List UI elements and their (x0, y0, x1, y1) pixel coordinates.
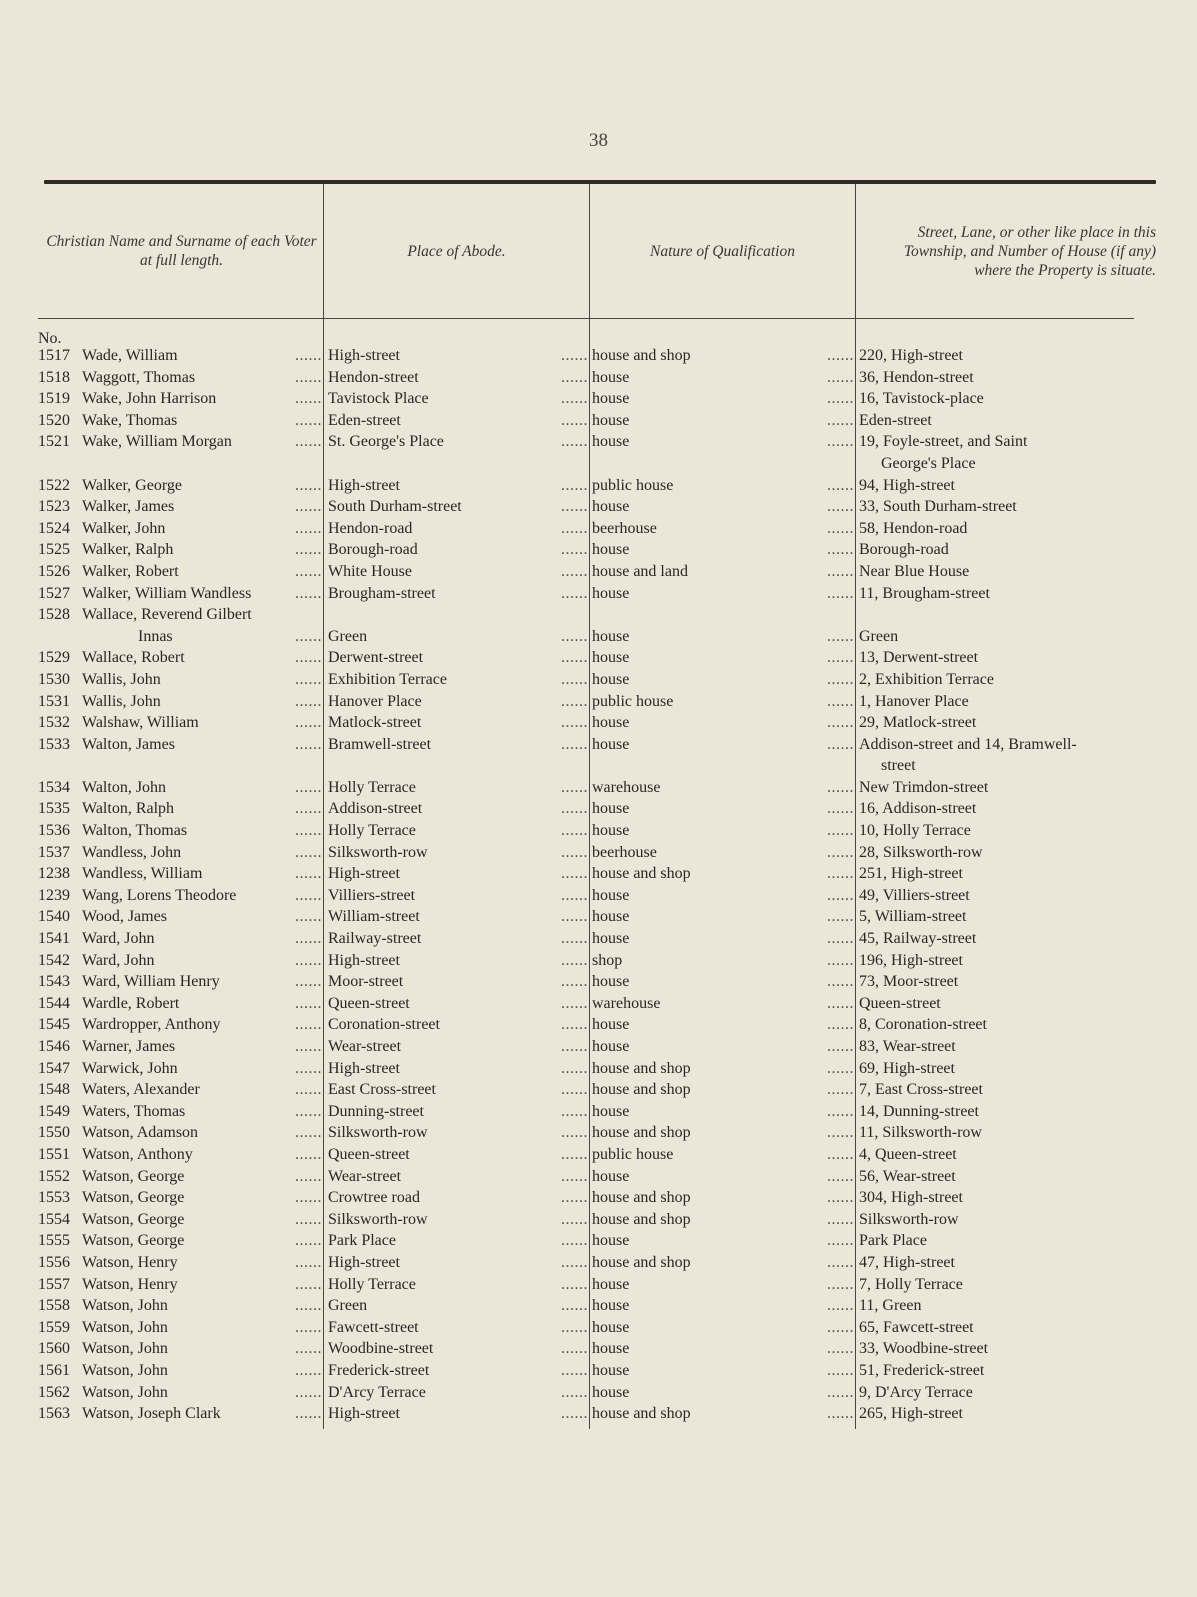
place-of-abode: Exhibition Terrace (328, 669, 447, 691)
place-of-abode: Silksworth-row (328, 842, 428, 864)
voter-number: 1529 (38, 647, 82, 669)
place-of-abode: Villiers-street (328, 885, 415, 907)
voter-name: Wallace, Reverend GilbertInnas (82, 604, 252, 647)
place-of-abode: Hendon-road (328, 518, 412, 540)
voter-name: Wandless, William (82, 863, 202, 885)
leader-dots: ...... (530, 1036, 588, 1058)
property-location: Green (859, 626, 1159, 648)
leader-dots: ...... (250, 1382, 322, 1404)
property-location-text: 8, Coronation-street (859, 1016, 987, 1033)
voter-number: 1523 (38, 496, 82, 518)
leader-dots: ...... (250, 928, 322, 950)
nature-of-qualification: house (592, 496, 629, 518)
property-location: 28, Silksworth-row (859, 842, 1159, 864)
nature-of-qualification: house and shop (592, 1252, 691, 1274)
nature-of-qualification: warehouse (592, 993, 660, 1015)
leader-dots: ...... (530, 1338, 588, 1360)
voter-number: 1522 (38, 475, 82, 497)
place-of-abode: Holly Terrace (328, 1274, 416, 1296)
voter-row: 1558Watson, John......Green......house..… (0, 1295, 1197, 1317)
voter-name: Ward, John (82, 928, 154, 950)
voter-number: 1545 (38, 1014, 82, 1036)
leader-dots: ...... (250, 1338, 322, 1360)
leader-dots: ...... (250, 1252, 322, 1274)
header-name: Christian Name and Surname of each Voter… (40, 184, 323, 318)
place-of-abode: Silksworth-row (328, 1209, 428, 1231)
voter-name: Walshaw, William (82, 712, 199, 734)
voter-row: 1518Waggott, Thomas......Hendon-street..… (0, 367, 1197, 389)
voter-name: Waters, Thomas (82, 1101, 185, 1123)
leader-dots: ...... (790, 345, 854, 367)
property-location-continued: street (859, 755, 1159, 777)
property-location-text: 36, Hendon-street (859, 369, 974, 386)
leader-dots: ...... (790, 971, 854, 993)
place-of-abode: William-street (328, 906, 420, 928)
leader-dots: ...... (250, 388, 322, 410)
voter-number: 1527 (38, 583, 82, 605)
nature-of-qualification: shop (592, 950, 622, 972)
nature-of-qualification: public house (592, 475, 673, 497)
place-of-abode: Derwent-street (328, 647, 423, 669)
leader-dots: ...... (790, 798, 854, 820)
voter-name-text: Wallis, John (82, 671, 161, 688)
property-location-text: 7, East Cross-street (859, 1081, 983, 1098)
voter-row: 1524Walker, John......Hendon-road......b… (0, 518, 1197, 540)
voter-name: Walker, James (82, 496, 174, 518)
header-abode: Place of Abode. (324, 184, 589, 318)
property-location: 51, Frederick-street (859, 1360, 1159, 1382)
voter-row: 1560Watson, John......Woodbine-street...… (0, 1338, 1197, 1360)
leader-dots: ...... (250, 561, 322, 583)
leader-dots: ...... (790, 842, 854, 864)
property-location-text: 49, Villiers-street (859, 887, 970, 904)
voter-name: Walton, James (82, 734, 175, 756)
leader-dots: ...... (250, 734, 322, 756)
property-location: 265, High-street (859, 1403, 1159, 1425)
property-location: Silksworth-row (859, 1209, 1159, 1231)
leader-dots: ...... (250, 885, 322, 907)
nature-of-qualification: house (592, 1317, 629, 1339)
property-location: 10, Holly Terrace (859, 820, 1159, 842)
property-location-text: New Trimdon-street (859, 779, 988, 796)
property-location: Borough-road (859, 539, 1159, 561)
voter-row: 1550Watson, Adamson......Silksworth-row.… (0, 1122, 1197, 1144)
leader-dots: ...... (790, 583, 854, 605)
leader-dots: ...... (790, 1036, 854, 1058)
property-location-text: Queen-street (859, 995, 941, 1012)
leader-dots: ...... (790, 626, 854, 648)
place-of-abode: Moor-street (328, 971, 403, 993)
property-location: 19, Foyle-street, and SaintGeorge's Plac… (859, 431, 1159, 474)
leader-dots: ...... (530, 1101, 588, 1123)
place-of-abode: Railway-street (328, 928, 421, 950)
leader-dots: ...... (530, 971, 588, 993)
property-location: 4, Queen-street (859, 1144, 1159, 1166)
property-location: 49, Villiers-street (859, 885, 1159, 907)
nature-of-qualification: house (592, 885, 629, 907)
voter-row: 1547Warwick, John......High-street......… (0, 1058, 1197, 1080)
voter-name: Walton, Ralph (82, 798, 174, 820)
leader-dots: ...... (790, 1360, 854, 1382)
leader-dots: ...... (250, 971, 322, 993)
leader-dots: ...... (250, 1295, 322, 1317)
place-of-abode: Queen-street (328, 1144, 410, 1166)
place-of-abode: High-street (328, 1058, 400, 1080)
property-location-text: 251, High-street (859, 865, 963, 882)
leader-dots: ...... (250, 906, 322, 928)
nature-of-qualification: house (592, 712, 629, 734)
header-rule (38, 318, 1134, 319)
leader-dots: ...... (790, 950, 854, 972)
property-location-text: Addison-street and 14, Bramwell- (859, 736, 1077, 753)
voter-row: 1562Watson, John......D'Arcy Terrace....… (0, 1382, 1197, 1404)
leader-dots: ...... (250, 496, 322, 518)
voter-name: Waggott, Thomas (82, 367, 195, 389)
leader-dots: ...... (790, 1274, 854, 1296)
leader-dots: ...... (790, 1252, 854, 1274)
leader-dots: ...... (530, 583, 588, 605)
property-location-text: 51, Frederick-street (859, 1362, 984, 1379)
voter-name-text: Wandless, John (82, 844, 181, 861)
nature-of-qualification: house (592, 1014, 629, 1036)
place-of-abode: High-street (328, 345, 400, 367)
property-location-text: 33, Woodbine-street (859, 1340, 988, 1357)
voter-number: 1526 (38, 561, 82, 583)
leader-dots: ...... (250, 863, 322, 885)
leader-dots: ...... (530, 518, 588, 540)
property-location: 196, High-street (859, 950, 1159, 972)
place-of-abode: Addison-street (328, 798, 422, 820)
voter-number: 1557 (38, 1274, 82, 1296)
nature-of-qualification: house (592, 367, 629, 389)
leader-dots: ...... (790, 669, 854, 691)
property-location: Addison-street and 14, Bramwell-street (859, 734, 1159, 777)
voter-number: 1541 (38, 928, 82, 950)
voter-row: 1549Waters, Thomas......Dunning-street..… (0, 1101, 1197, 1123)
property-location-text: 13, Derwent-street (859, 649, 978, 666)
leader-dots: ...... (530, 647, 588, 669)
property-location-text: 47, High-street (859, 1254, 955, 1271)
leader-dots: ...... (530, 798, 588, 820)
property-location: New Trimdon-street (859, 777, 1159, 799)
nature-of-qualification: house and shop (592, 1122, 691, 1144)
voter-name: Walton, John (82, 777, 166, 799)
voter-name-text: Walker, Robert (82, 563, 179, 580)
header-name-text: Christian Name and Surname of each Voter… (40, 232, 323, 270)
leader-dots: ...... (530, 993, 588, 1015)
voter-name-text: Warwick, John (82, 1060, 178, 1077)
leader-dots: ...... (790, 1166, 854, 1188)
place-of-abode: Fawcett-street (328, 1317, 419, 1339)
voter-row: 1530Wallis, John......Exhibition Terrace… (0, 669, 1197, 691)
voter-number: 1558 (38, 1295, 82, 1317)
property-location-text: 11, Silksworth-row (859, 1124, 982, 1141)
leader-dots: ...... (250, 626, 322, 648)
voter-name-text: Walker, James (82, 498, 174, 515)
voter-row: 1557Watson, Henry......Holly Terrace....… (0, 1274, 1197, 1296)
place-of-abode: Borough-road (328, 539, 418, 561)
voter-name-text: Watson, John (82, 1384, 168, 1401)
voter-name-text: Watson, Henry (82, 1276, 178, 1293)
voter-name-text: Warner, James (82, 1038, 175, 1055)
leader-dots: ...... (530, 1360, 588, 1382)
voter-name-text: Waters, Thomas (82, 1103, 185, 1120)
property-location: 56, Wear-street (859, 1166, 1159, 1188)
voter-name: Watson, George (82, 1166, 184, 1188)
place-of-abode: Coronation-street (328, 1014, 440, 1036)
voter-name: Watson, Adamson (82, 1122, 198, 1144)
property-location: 11, Green (859, 1295, 1159, 1317)
voter-number: 1520 (38, 410, 82, 432)
property-location: 11, Brougham-street (859, 583, 1159, 605)
nature-of-qualification: house (592, 1274, 629, 1296)
leader-dots: ...... (530, 1403, 588, 1425)
voter-name-text: Watson, Adamson (82, 1124, 198, 1141)
property-location-text: 11, Green (859, 1297, 922, 1314)
header-property-text: Street, Lane, or other like place in thi… (866, 223, 1156, 280)
voter-row: 1548Waters, Alexander......East Cross-st… (0, 1079, 1197, 1101)
voter-name: Watson, Anthony (82, 1144, 193, 1166)
property-location: Eden-street (859, 410, 1159, 432)
voter-number: 1554 (38, 1209, 82, 1231)
voter-name-text: Wardle, Robert (82, 995, 179, 1012)
voter-name-text: Watson, Henry (82, 1254, 178, 1271)
voter-name: Wallis, John (82, 669, 161, 691)
leader-dots: ...... (790, 734, 854, 756)
property-location-text: 9, D'Arcy Terrace (859, 1384, 973, 1401)
voter-name-text: Wallis, John (82, 693, 161, 710)
leader-dots: ...... (530, 669, 588, 691)
place-of-abode: Eden-street (328, 410, 401, 432)
voter-name: Wallis, John (82, 691, 161, 713)
voter-row: 1532Walshaw, William......Matlock-street… (0, 712, 1197, 734)
leader-dots: ...... (250, 431, 322, 453)
voter-name: Walker, William Wandless (82, 583, 251, 605)
voter-number: 1517 (38, 345, 82, 367)
leader-dots: ...... (250, 1058, 322, 1080)
property-location-text: 7, Holly Terrace (859, 1276, 963, 1293)
property-location-text: 4, Queen-street (859, 1146, 957, 1163)
leader-dots: ...... (790, 518, 854, 540)
leader-dots: ...... (530, 1144, 588, 1166)
nature-of-qualification: house (592, 734, 629, 756)
property-location-text: 58, Hendon-road (859, 520, 967, 537)
leader-dots: ...... (530, 539, 588, 561)
nature-of-qualification: house (592, 1338, 629, 1360)
property-location-text: 10, Holly Terrace (859, 822, 971, 839)
voter-number: 1531 (38, 691, 82, 713)
leader-dots: ...... (250, 518, 322, 540)
leader-dots: ...... (250, 1014, 322, 1036)
voter-name: Watson, John (82, 1317, 168, 1339)
property-location: 47, High-street (859, 1252, 1159, 1274)
voter-name-text: Wandless, William (82, 865, 202, 882)
voter-number: 1530 (38, 669, 82, 691)
leader-dots: ...... (530, 431, 588, 453)
leader-dots: ...... (790, 1317, 854, 1339)
property-location: 7, East Cross-street (859, 1079, 1159, 1101)
header-property: Street, Lane, or other like place in thi… (866, 184, 1156, 318)
leader-dots: ...... (790, 1403, 854, 1425)
place-of-abode: Green (328, 626, 367, 648)
leader-dots: ...... (790, 906, 854, 928)
voter-name: Watson, George (82, 1230, 184, 1252)
place-of-abode: Bramwell-street (328, 734, 431, 756)
voter-row: 1535Walton, Ralph......Addison-street...… (0, 798, 1197, 820)
voter-row: 1543Ward, William Henry......Moor-street… (0, 971, 1197, 993)
nature-of-qualification: house and shop (592, 1403, 691, 1425)
place-of-abode: East Cross-street (328, 1079, 436, 1101)
nature-of-qualification: house and shop (592, 1079, 691, 1101)
place-of-abode: Silksworth-row (328, 1122, 428, 1144)
voter-name-text: Wardropper, Anthony (82, 1016, 220, 1033)
leader-dots: ...... (790, 1187, 854, 1209)
voter-name-text: Watson, George (82, 1168, 184, 1185)
voter-row: 1541Ward, John......Railway-street......… (0, 928, 1197, 950)
leader-dots: ...... (790, 496, 854, 518)
voter-name: Walker, Ralph (82, 539, 173, 561)
leader-dots: ...... (250, 1403, 322, 1425)
voter-name-text: Ward, John (82, 930, 154, 947)
place-of-abode: Dunning-street (328, 1101, 424, 1123)
property-location: 14, Dunning-street (859, 1101, 1159, 1123)
place-of-abode: Frederick-street (328, 1360, 429, 1382)
place-of-abode: Tavistock Place (328, 388, 429, 410)
leader-dots: ...... (250, 712, 322, 734)
leader-dots: ...... (790, 1122, 854, 1144)
voter-row: 1536Walton, Thomas......Holly Terrace...… (0, 820, 1197, 842)
place-of-abode: Holly Terrace (328, 820, 416, 842)
voter-row: 1554Watson, George......Silksworth-row..… (0, 1209, 1197, 1231)
voter-number: 1550 (38, 1122, 82, 1144)
property-location-text: 265, High-street (859, 1405, 963, 1422)
property-location: Park Place (859, 1230, 1159, 1252)
header-qualification-text: Nature of Qualification (650, 242, 795, 261)
property-location-text: 73, Moor-street (859, 973, 958, 990)
nature-of-qualification: house (592, 647, 629, 669)
leader-dots: ...... (250, 820, 322, 842)
property-location-text: 33, South Durham-street (859, 498, 1017, 515)
leader-dots: ...... (530, 1187, 588, 1209)
voter-name: Wade, William (82, 345, 178, 367)
leader-dots: ...... (790, 367, 854, 389)
property-location-text: 220, High-street (859, 347, 963, 364)
leader-dots: ...... (250, 842, 322, 864)
voter-row: 1561Watson, John......Frederick-street..… (0, 1360, 1197, 1382)
leader-dots: ...... (530, 1317, 588, 1339)
leader-dots: ...... (530, 345, 588, 367)
property-location-text: 5, William-street (859, 908, 966, 925)
leader-dots: ...... (790, 1079, 854, 1101)
voter-row: 1545Wardropper, Anthony......Coronation-… (0, 1014, 1197, 1036)
leader-dots: ...... (790, 820, 854, 842)
property-location-text: 83, Wear-street (859, 1038, 956, 1055)
voter-row: 1523Walker, James......South Durham-stre… (0, 496, 1197, 518)
leader-dots: ...... (790, 388, 854, 410)
voter-name: Wardropper, Anthony (82, 1014, 220, 1036)
place-of-abode: Holly Terrace (328, 777, 416, 799)
property-location-text: 65, Fawcett-street (859, 1319, 974, 1336)
voter-number: 1553 (38, 1187, 82, 1209)
leader-dots: ...... (250, 1144, 322, 1166)
leader-dots: ...... (250, 1209, 322, 1231)
voter-name-text: Watson, John (82, 1362, 168, 1379)
leader-dots: ...... (250, 647, 322, 669)
leader-dots: ...... (790, 712, 854, 734)
voter-row: 1527Walker, William Wandless......Brough… (0, 583, 1197, 605)
voter-number: 1535 (38, 798, 82, 820)
voter-name-text: Watson, George (82, 1189, 184, 1206)
voter-name: Waters, Alexander (82, 1079, 200, 1101)
voter-row: 1529Wallace, Robert......Derwent-street.… (0, 647, 1197, 669)
voter-number: 1546 (38, 1036, 82, 1058)
voter-name-text: Watson, Joseph Clark (82, 1405, 221, 1422)
nature-of-qualification: house and land (592, 561, 688, 583)
property-location-text: 304, High-street (859, 1189, 963, 1206)
voter-row: 1520Wake, Thomas......Eden-street......h… (0, 410, 1197, 432)
place-of-abode: Hanover Place (328, 691, 422, 713)
property-location: 5, William-street (859, 906, 1159, 928)
leader-dots: ...... (790, 647, 854, 669)
nature-of-qualification: house (592, 626, 629, 648)
property-location: 36, Hendon-street (859, 367, 1159, 389)
leader-dots: ...... (790, 1230, 854, 1252)
property-location: 83, Wear-street (859, 1036, 1159, 1058)
leader-dots: ...... (790, 1014, 854, 1036)
property-location-text: 11, Brougham-street (859, 585, 990, 602)
voter-name: Ward, John (82, 950, 154, 972)
voter-number: 1540 (38, 906, 82, 928)
property-location: 9, D'Arcy Terrace (859, 1382, 1159, 1404)
voter-number: 1548 (38, 1079, 82, 1101)
leader-dots: ...... (250, 539, 322, 561)
leader-dots: ...... (530, 777, 588, 799)
leader-dots: ...... (530, 1274, 588, 1296)
leader-dots: ...... (530, 1122, 588, 1144)
property-location-text: 28, Silksworth-row (859, 844, 983, 861)
property-location-text: 94, High-street (859, 477, 955, 494)
voter-name-text: Watson, George (82, 1211, 184, 1228)
header-abode-text: Place of Abode. (407, 242, 505, 261)
leader-dots: ...... (530, 1209, 588, 1231)
leader-dots: ...... (790, 993, 854, 1015)
voter-number: 1239 (38, 885, 82, 907)
voter-name: Watson, John (82, 1295, 168, 1317)
property-location: 2, Exhibition Terrace (859, 669, 1159, 691)
property-location-text: Eden-street (859, 412, 932, 429)
property-location: 69, High-street (859, 1058, 1159, 1080)
voter-name: Watson, George (82, 1187, 184, 1209)
voter-name: Watson, John (82, 1360, 168, 1382)
leader-dots: ...... (250, 993, 322, 1015)
voter-name-text: Ward, John (82, 952, 154, 969)
voter-row: 1533Walton, James......Bramwell-street..… (0, 734, 1197, 777)
nature-of-qualification: house and shop (592, 1187, 691, 1209)
voter-row: 1526Walker, Robert......White House.....… (0, 561, 1197, 583)
place-of-abode: High-street (328, 475, 400, 497)
nature-of-qualification: house (592, 669, 629, 691)
voter-number: 1556 (38, 1252, 82, 1274)
nature-of-qualification: house (592, 388, 629, 410)
leader-dots: ...... (530, 863, 588, 885)
leader-dots: ...... (530, 1166, 588, 1188)
nature-of-qualification: house (592, 820, 629, 842)
leader-dots: ...... (250, 777, 322, 799)
property-location: 29, Matlock-street (859, 712, 1159, 734)
property-location: 45, Railway-street (859, 928, 1159, 950)
leader-dots: ...... (790, 1338, 854, 1360)
place-of-abode: High-street (328, 1252, 400, 1274)
